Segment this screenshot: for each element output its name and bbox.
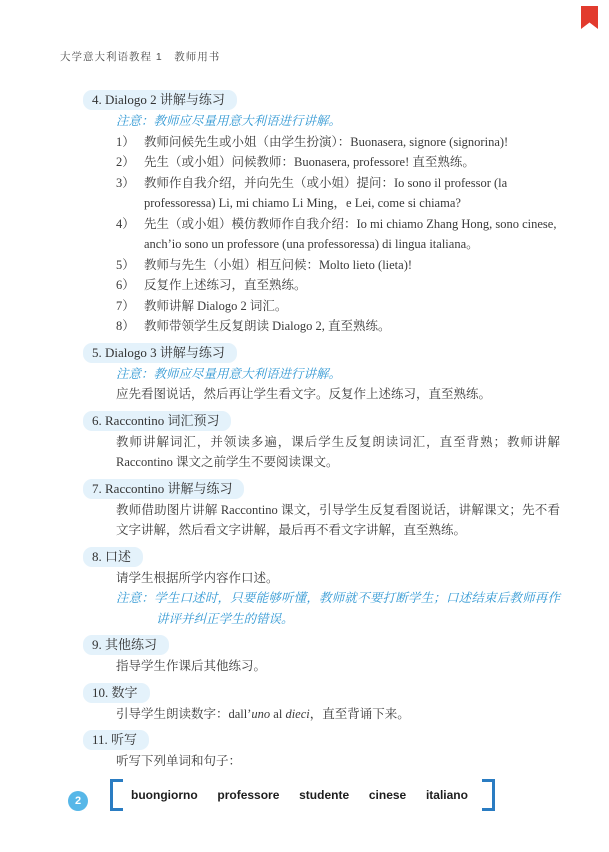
section-heading: 5. Dialogo 3 讲解与练习 bbox=[83, 343, 237, 363]
section-title: Dialogo 2 讲解与练习 bbox=[105, 92, 225, 107]
section-heading-row: 10. 数字 bbox=[92, 683, 560, 703]
section-title: Raccontino 词汇预习 bbox=[105, 413, 219, 428]
running-header: 大学意大利语教程 1 教师用书 bbox=[60, 49, 220, 64]
section-paragraph: 引导学生朗读数字：dall’uno al dieci，直至背诵下来。 bbox=[116, 704, 560, 725]
list-item: 7）教师讲解 Dialogo 2 词汇。 bbox=[116, 296, 560, 317]
section-title: Raccontino 讲解与练习 bbox=[105, 481, 232, 496]
section-heading: 11. 听写 bbox=[83, 730, 149, 750]
item-text: 先生（或小姐）模仿教师作自我介绍：Io mi chiamo Zhang Hong… bbox=[144, 214, 560, 255]
section-title: 听写 bbox=[111, 732, 137, 747]
section-paragraph: 应先看图说话，然后再让学生看文字。反复作上述练习，直至熟练。 bbox=[116, 384, 560, 405]
dictation-word: italiano bbox=[426, 788, 468, 802]
section-heading-row: 11. 听写 bbox=[92, 730, 560, 750]
section-number: 11. bbox=[92, 732, 108, 747]
dictation-word: buongiorno bbox=[131, 788, 198, 802]
item-number: 6） bbox=[116, 275, 144, 296]
section-paragraph: 教师借助图片讲解 Raccontino 课文，引导学生反复看图说话，讲解课文；先… bbox=[116, 500, 560, 541]
text-segment: al bbox=[270, 707, 285, 721]
text-segment: ，直至背诵下来。 bbox=[310, 707, 410, 721]
section-dialogo3: 5. Dialogo 3 讲解与练习 注意：教师应尽量用意大利语进行讲解。 应先… bbox=[92, 343, 560, 405]
teacher-note: 注意：学生口述时，只要能够听懂，教师就不要打断学生；口述结束后教师再作讲评并纠正… bbox=[116, 588, 560, 629]
page-number-badge: 2 bbox=[68, 791, 88, 811]
item-text: 教师问候先生或小姐（由学生扮演）：Buonasera, signore (sig… bbox=[144, 132, 560, 153]
item-text: 教师讲解 Dialogo 2 词汇。 bbox=[144, 296, 560, 317]
section-heading: 9. 其他练习 bbox=[83, 635, 169, 655]
item-text: 先生（或小姐）问候教师：Buonasera, professore! 直至熟练。 bbox=[144, 152, 560, 173]
section-heading: 10. 数字 bbox=[83, 683, 150, 703]
item-number: 8） bbox=[116, 316, 144, 337]
text-segment: 引导学生朗读数字：dall’ bbox=[116, 707, 251, 721]
section-number: 9. bbox=[92, 637, 102, 652]
dictation-word-list: buongiorno professore studente cinese it… bbox=[123, 788, 482, 802]
section-heading: 8. 口述 bbox=[83, 547, 143, 567]
section-title: 口述 bbox=[105, 549, 131, 564]
list-item: 5）教师与先生（小姐）相互问候：Molto lieto (lieta)! bbox=[116, 255, 560, 276]
section-heading: 4. Dialogo 2 讲解与练习 bbox=[83, 90, 237, 110]
section-number: 8. bbox=[92, 549, 102, 564]
section-paragraph: 教师讲解词汇，并领读多遍，课后学生反复朗读词汇，直至背熟；教师讲解 Raccon… bbox=[116, 432, 560, 473]
list-item: 3）教师作自我介绍，并向先生（或小姐）提问：Io sono il profess… bbox=[116, 173, 560, 214]
section-paragraph: 指导学生作课后其他练习。 bbox=[116, 656, 560, 677]
section-paragraph: 请学生根据所学内容作口述。 bbox=[116, 568, 560, 589]
item-text: 反复作上述练习，直至熟练。 bbox=[144, 275, 560, 296]
dictation-word: cinese bbox=[369, 788, 406, 802]
section-number: 10. bbox=[92, 685, 108, 700]
section-title: Dialogo 3 讲解与练习 bbox=[105, 345, 225, 360]
dictation-words-box: buongiorno professore studente cinese it… bbox=[110, 778, 495, 812]
section-raccontino-practice: 7. Raccontino 讲解与练习 教师借助图片讲解 Raccontino … bbox=[92, 479, 560, 541]
italic-word: dieci bbox=[285, 707, 309, 721]
dictation-word: professore bbox=[217, 788, 279, 802]
section-number: 6. bbox=[92, 413, 102, 428]
list-item: 6）反复作上述练习，直至熟练。 bbox=[116, 275, 560, 296]
section-oral: 8. 口述 请学生根据所学内容作口述。 注意：学生口述时，只要能够听懂，教师就不… bbox=[92, 547, 560, 630]
italic-word: uno bbox=[251, 707, 270, 721]
section-paragraph: 听写下列单词和句子： bbox=[116, 751, 560, 772]
item-number: 2） bbox=[116, 152, 144, 173]
section-heading-row: 7. Raccontino 讲解与练习 bbox=[92, 479, 560, 499]
section-heading: 6. Raccontino 词汇预习 bbox=[83, 411, 231, 431]
section-title: 数字 bbox=[112, 685, 138, 700]
item-number: 3） bbox=[116, 173, 144, 214]
section-heading-row: 6. Raccontino 词汇预习 bbox=[92, 411, 560, 431]
teacher-note: 注意：教师应尽量用意大利语进行讲解。 bbox=[116, 111, 560, 132]
section-heading: 7. Raccontino 讲解与练习 bbox=[83, 479, 244, 499]
list-item: 8）教师带领学生反复朗读 Dialogo 2, 直至熟练。 bbox=[116, 316, 560, 337]
numbered-list: 1）教师问候先生或小姐（由学生扮演）：Buonasera, signore (s… bbox=[116, 132, 560, 337]
section-heading-row: 8. 口述 bbox=[92, 547, 560, 567]
section-number: 4. bbox=[92, 92, 102, 107]
section-heading-row: 4. Dialogo 2 讲解与练习 bbox=[92, 90, 560, 110]
dictation-word: studente bbox=[299, 788, 349, 802]
item-number: 1） bbox=[116, 132, 144, 153]
list-item: 1）教师问候先生或小姐（由学生扮演）：Buonasera, signore (s… bbox=[116, 132, 560, 153]
item-text: 教师作自我介绍，并向先生（或小姐）提问：Io sono il professor… bbox=[144, 173, 560, 214]
list-item: 2）先生（或小姐）问候教师：Buonasera, professore! 直至熟… bbox=[116, 152, 560, 173]
right-bracket-icon bbox=[482, 779, 495, 811]
item-text: 教师与先生（小姐）相互问候：Molto lieto (lieta)! bbox=[144, 255, 560, 276]
section-number: 5. bbox=[92, 345, 102, 360]
textbook-page: 大学意大利语教程 1 教师用书 4. Dialogo 2 讲解与练习 注意：教师… bbox=[0, 0, 609, 852]
section-other-exercises: 9. 其他练习 指导学生作课后其他练习。 bbox=[92, 635, 560, 677]
red-bookmark-icon bbox=[581, 6, 598, 29]
page-content: 4. Dialogo 2 讲解与练习 注意：教师应尽量用意大利语进行讲解。 1）… bbox=[92, 90, 560, 818]
section-title: 其他练习 bbox=[105, 637, 157, 652]
teacher-note: 注意：教师应尽量用意大利语进行讲解。 bbox=[116, 364, 560, 385]
item-text: 教师带领学生反复朗读 Dialogo 2, 直至熟练。 bbox=[144, 316, 560, 337]
list-item: 4）先生（或小姐）模仿教师作自我介绍：Io mi chiamo Zhang Ho… bbox=[116, 214, 560, 255]
section-heading-row: 5. Dialogo 3 讲解与练习 bbox=[92, 343, 560, 363]
section-dialogo2: 4. Dialogo 2 讲解与练习 注意：教师应尽量用意大利语进行讲解。 1）… bbox=[92, 90, 560, 337]
section-number: 7. bbox=[92, 481, 102, 496]
section-numbers: 10. 数字 引导学生朗读数字：dall’uno al dieci，直至背诵下来… bbox=[92, 683, 560, 725]
item-number: 4） bbox=[116, 214, 144, 255]
section-heading-row: 9. 其他练习 bbox=[92, 635, 560, 655]
left-bracket-icon bbox=[110, 779, 123, 811]
item-number: 7） bbox=[116, 296, 144, 317]
item-number: 5） bbox=[116, 255, 144, 276]
section-raccontino-vocab: 6. Raccontino 词汇预习 教师讲解词汇，并领读多遍，课后学生反复朗读… bbox=[92, 411, 560, 473]
section-dictation: 11. 听写 听写下列单词和句子： buongiorno professore … bbox=[92, 730, 560, 812]
